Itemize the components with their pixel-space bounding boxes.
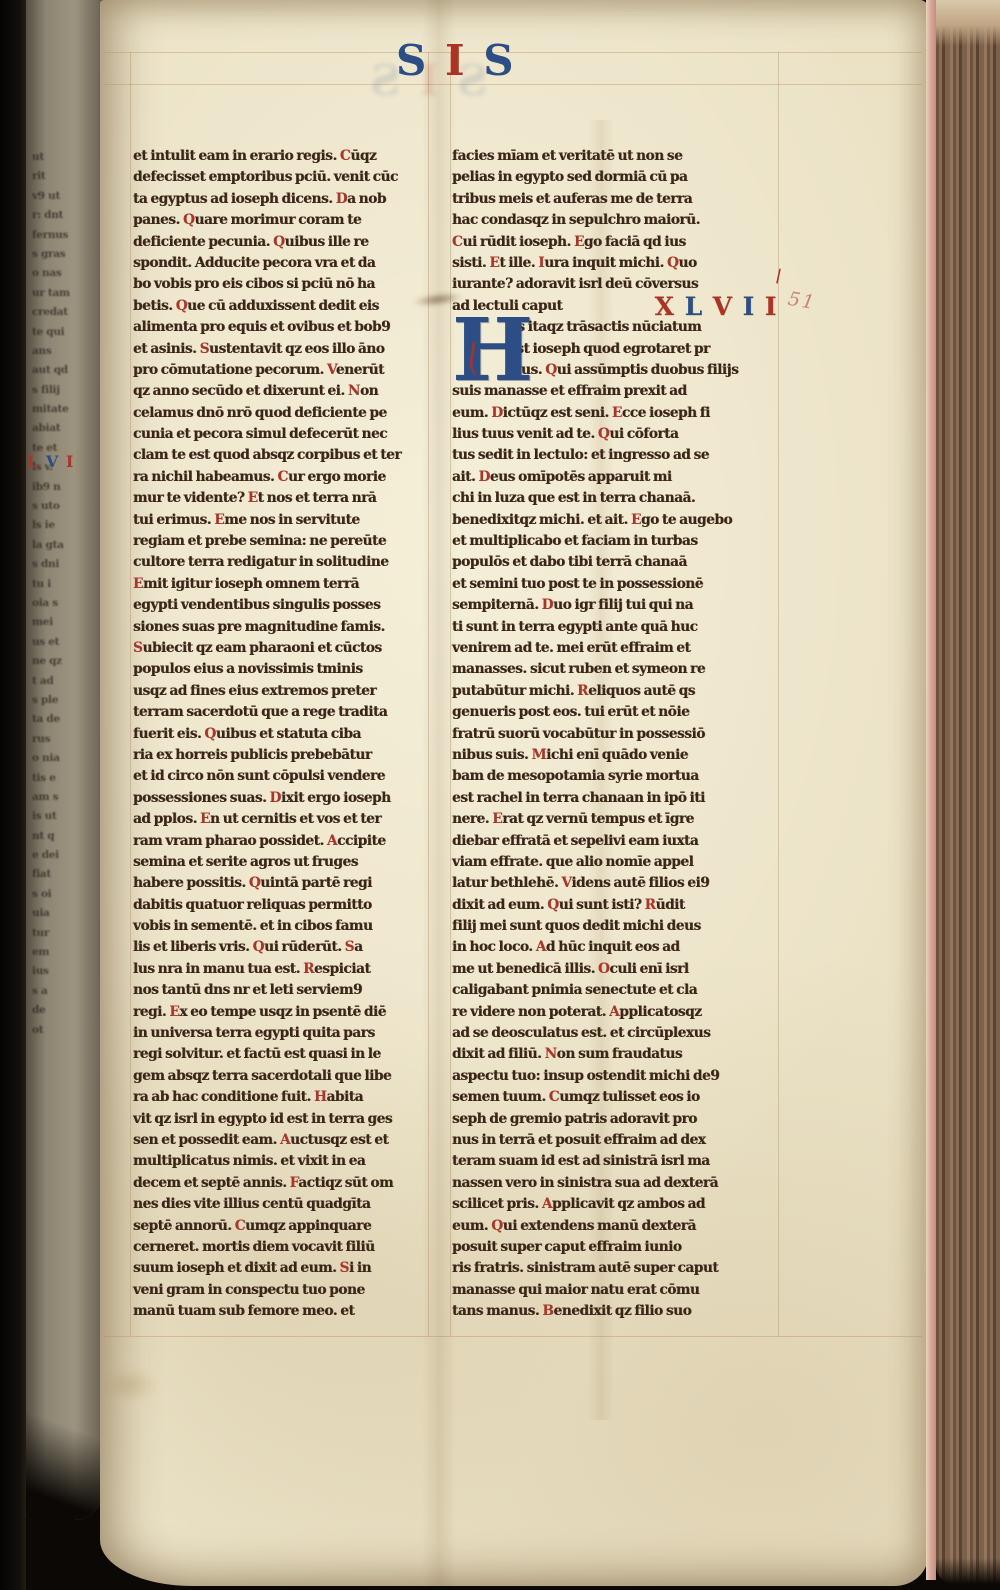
ghost-text-line: r: dnt bbox=[32, 206, 98, 225]
ghost-text-line: fiat bbox=[32, 865, 98, 884]
text-line: veni gram in conspectu tuo pone bbox=[133, 1280, 427, 1301]
text-line: vit qz isrl in egypto id est in terra ge… bbox=[133, 1109, 427, 1130]
text-line: mur te vidente? Et nos et terra nrā bbox=[133, 488, 427, 509]
text-line: terram sacerdotū que a rege tradita bbox=[133, 702, 427, 723]
text-line: ait. Deus omīpotēs apparuit mi bbox=[452, 467, 778, 488]
ghost-text-line: ls ie bbox=[32, 516, 98, 535]
ghost-text-line: t ad bbox=[32, 672, 98, 691]
text-line: gem absqz terra sacerdotali que libe bbox=[133, 1066, 427, 1087]
ghost-text-line: s uto bbox=[32, 497, 98, 516]
text-line: usqz ad fines eius extremos preter bbox=[133, 681, 427, 702]
text-line: ad pplos. En ut cernitis et vos et ter bbox=[133, 809, 427, 830]
text-column-left: et intulit eam in erario regis. Cūqz def… bbox=[133, 146, 427, 1322]
text-line: decem et septē annis. Factiqz sūt om bbox=[133, 1173, 427, 1194]
text-line: multiplicatus nimis. et vixit in ea bbox=[133, 1151, 427, 1172]
text-line: re videre non poterat. Applicatosqz bbox=[452, 1002, 778, 1023]
text-line: pelias in egypto sed dormiā cū pa bbox=[452, 167, 778, 188]
ghost-text-line: rit bbox=[32, 167, 98, 186]
ghost-text-line: abiat bbox=[32, 419, 98, 438]
text-line: habere possitis. Quintā partē regi bbox=[133, 873, 427, 894]
text-line: alimenta pro equis et ovibus et bob9 bbox=[133, 317, 427, 338]
text-line: et semini tuo post te in possessionē bbox=[452, 574, 778, 595]
text-line: celamus dnō nrō quod deficiente pe bbox=[133, 403, 427, 424]
ghost-text-line: tis e bbox=[32, 769, 98, 788]
text-line: defecisset emptoribus pciū. venit cūc bbox=[133, 167, 427, 188]
text-line: semina et serite agros ut fruges bbox=[133, 852, 427, 873]
text-line: eum. Qui extendens manū dexterā bbox=[452, 1216, 778, 1237]
text-line: et multiplicabo et faciam in turbas bbox=[452, 531, 778, 552]
ghost-text-line: ut bbox=[32, 148, 98, 167]
ghost-text-line: s oi bbox=[32, 885, 98, 904]
parchment-page: S I S S I S et intulit eam in erario reg… bbox=[100, 0, 928, 1586]
text-line: ris fratris. sinistram autē super caput bbox=[452, 1258, 778, 1279]
text-line: facies mīam et veritatē ut non se bbox=[452, 146, 778, 167]
ghost-text-line: s filij bbox=[32, 381, 98, 400]
ghost-text-line: ot bbox=[32, 1021, 98, 1040]
ruling-line bbox=[450, 52, 451, 1336]
text-line: cultore terra redigatur in solitudine bbox=[133, 552, 427, 573]
text-line: betis. Que cū adduxissent dedit eis bbox=[133, 296, 427, 317]
numeral-letter: I bbox=[66, 452, 74, 471]
text-column-right: facies mīam et veritatē ut non se pelias… bbox=[452, 146, 778, 1322]
text-line: ta egyptus ad ioseph dicens. Da nob bbox=[133, 189, 427, 210]
text-line: tans manus. Benedixit qz filio suo bbox=[452, 1301, 778, 1322]
text-line: dabitis quatuor reliquas permitto bbox=[133, 895, 427, 916]
text-line: ti sunt in terra egypti ante quā huc bbox=[452, 617, 778, 638]
text-line: sen et possedit eam. Auctusqz est et bbox=[133, 1130, 427, 1151]
margin-annotation: 51 bbox=[786, 288, 818, 315]
text-line: septē annorū. Cumqz appinquare bbox=[133, 1216, 427, 1237]
ghost-text-line: s gras bbox=[32, 245, 98, 264]
ghost-text-line: aut qd bbox=[32, 361, 98, 380]
ghost-text-line: ib9 n bbox=[32, 478, 98, 497]
manuscript-photo: ut rit v9 ut r: dnt fernus s gras o nas … bbox=[0, 0, 1000, 1590]
text-line: pro cōmutatione pecorum. Venerūt bbox=[133, 360, 427, 381]
text-line: tui erimus. Eme nos in servitute bbox=[133, 510, 427, 531]
ghost-text-line: s a bbox=[32, 982, 98, 1001]
text-line: populos eius a novissimis tminis bbox=[133, 659, 427, 680]
text-line: cunia et pecora simul defecerūt nec bbox=[133, 424, 427, 445]
text-line: tribus meis et auferas me de terra bbox=[452, 189, 778, 210]
text-line: scilicet pris. Applicavit qz ambos ad bbox=[452, 1194, 778, 1215]
ghost-text-line: am s bbox=[32, 788, 98, 807]
text-line: lius tuus venit ad te. Qui cōforta bbox=[452, 424, 778, 445]
chapter-48-lines: ijs itaqz trāsactis nūciatum est ioseph … bbox=[452, 317, 778, 1322]
ghost-text-line: ne qz bbox=[32, 652, 98, 671]
ghost-text-line: tur bbox=[32, 924, 98, 943]
ruling-line bbox=[428, 52, 429, 1336]
text-line: genueris post eos. tui erūt et nōie bbox=[452, 702, 778, 723]
ghost-text-line: em bbox=[32, 943, 98, 962]
ghost-text-line: mei bbox=[32, 613, 98, 632]
ghost-text-line: tu i bbox=[32, 575, 98, 594]
ghost-text-line: us et bbox=[32, 633, 98, 652]
text-line: panes. Quare morimur coram te bbox=[133, 210, 427, 231]
text-line: bo vobis pro eis cibos si pciū nō ha bbox=[133, 274, 427, 295]
text-line: teram suam id est ad sinistrā isrl ma bbox=[452, 1151, 778, 1172]
ghost-text-line: e dei bbox=[32, 846, 98, 865]
text-line: siones suas pre magnitudine famis. bbox=[133, 617, 427, 638]
text-line: posuit super caput effraim iunio bbox=[452, 1237, 778, 1258]
ghost-text-line: ans bbox=[32, 342, 98, 361]
text-line: benedixitqz michi. et ait. Ego te augebo bbox=[452, 510, 778, 531]
text-line: seph de gremio patris adoravit pro bbox=[452, 1109, 778, 1130]
text-line: clam te est quod absqz corpibus et ter bbox=[133, 445, 427, 466]
chapter-number: X L V I I bbox=[655, 296, 778, 317]
ghost-text-line: rus bbox=[32, 730, 98, 749]
text-line: nere. Erat qz vernū tempus et īgre bbox=[452, 809, 778, 830]
ghost-text-line: ur tam bbox=[32, 284, 98, 303]
text-line: ram vram pharao possidet. Accipite bbox=[133, 831, 427, 852]
ghost-text-line: ius bbox=[32, 962, 98, 981]
text-line: bam de mesopotamia syrie mortua bbox=[452, 766, 778, 787]
text-line: ra ab hac conditione fuit. Habita bbox=[133, 1087, 427, 1108]
ghost-text-line: nt q bbox=[32, 827, 98, 846]
text-line: et id circo nōn sunt cōpulsi vendere bbox=[133, 766, 427, 787]
text-line: cerneret. mortis diem vocavit filiū bbox=[133, 1237, 427, 1258]
text-line: dixit ad filiū. Non sum fraudatus bbox=[452, 1044, 778, 1065]
text-line: nus in terrā et posuit effraim ad dex bbox=[452, 1130, 778, 1151]
text-line: lis et liberis vris. Qui rūderūt. Sa bbox=[133, 937, 427, 958]
text-line: et intulit eam in erario regis. Cūqz bbox=[133, 146, 427, 167]
previous-page-chapter-numeral: L V I bbox=[27, 452, 74, 471]
text-line: Emit igitur ioseph omnem terrā bbox=[133, 574, 427, 595]
page-fore-edge bbox=[926, 0, 936, 1580]
previous-page-edge: ut rit v9 ut r: dnt fernus s gras o nas … bbox=[26, 0, 104, 1520]
illuminated-initial-H: H bbox=[452, 317, 508, 361]
text-line: qz anno secūdo et dixerunt ei. Non bbox=[133, 381, 427, 402]
text-line: Cui rūdit ioseph. Ego faciā qd ius bbox=[452, 232, 778, 253]
text-line: eum. Dictūqz est seni. Ecce ioseph fi bbox=[452, 403, 778, 424]
text-line: aspectu tuo: insup ostendit michi de9 bbox=[452, 1066, 778, 1087]
chapter-48-block: H ijs itaqz trāsactis nūciatum est iosep… bbox=[452, 317, 778, 1322]
text-line: nes dies vite illius centū quadgīta bbox=[133, 1194, 427, 1215]
text-line: ra nichil habeamus. Cur ergo morie bbox=[133, 467, 427, 488]
ghost-text-line: de bbox=[32, 1001, 98, 1020]
text-line: Subiecit qz eam pharaoni et cūctos bbox=[133, 638, 427, 659]
text-line: filij mei sunt quos dedit michi deus bbox=[452, 916, 778, 937]
text-line: venirem ad te. mei erūt effraim et bbox=[452, 638, 778, 659]
text-line: putabūtur michi. Reliquos autē qs bbox=[452, 681, 778, 702]
ghost-text-line: mitate bbox=[32, 400, 98, 419]
text-line: regiam et prebe semina: ne pereūte bbox=[133, 531, 427, 552]
ghost-text-line: is ut bbox=[32, 807, 98, 826]
text-line: dixit ad eum. Qui sunt isti? Rūdit bbox=[452, 895, 778, 916]
numeral-letter: L bbox=[27, 452, 39, 471]
title-letter: I bbox=[445, 36, 467, 85]
ghost-text-line: s ple bbox=[32, 691, 98, 710]
text-line: sempiternā. Duo igr filij tui qui na bbox=[452, 595, 778, 616]
text-line: tus sedit in lectulo: et ingresso ad se bbox=[452, 445, 778, 466]
book-gutter-binding bbox=[0, 0, 26, 1590]
ghost-text-line: te qui bbox=[32, 323, 98, 342]
text-line: spondit. Adducite pecora vra et da bbox=[133, 253, 427, 274]
text-line: fratrū suorū vocabūtur in possessiō bbox=[452, 724, 778, 745]
text-line: nibus suis. Michi enī quādo venie bbox=[452, 745, 778, 766]
text-line: diebar effratā et sepelivi eam iuxta bbox=[452, 831, 778, 852]
text-line: est rachel in terra chanaan in ipō iti bbox=[452, 788, 778, 809]
ghost-text-line: o nas bbox=[32, 264, 98, 283]
text-line: possessiones suas. Dixit ergo ioseph bbox=[133, 788, 427, 809]
ghost-text-line: s dni bbox=[32, 555, 98, 574]
text-line: caligabant pnimia senectute et cla bbox=[452, 980, 778, 1001]
ghost-text-line: credat bbox=[32, 303, 98, 322]
text-line: et asinis. Sustentavit qz eos illo āno bbox=[133, 339, 427, 360]
text-line: manasse qui maior natu erat cōmu bbox=[452, 1280, 778, 1301]
text-line: in universa terra egypti quita pars bbox=[133, 1023, 427, 1044]
text-line: chi in luza que est in terra chanaā. bbox=[452, 488, 778, 509]
ruling-line bbox=[130, 52, 131, 1336]
parchment-stain bbox=[102, 1368, 158, 1402]
text-line: regi. Ex eo tempe usqz in psentē diē bbox=[133, 1002, 427, 1023]
ghost-text-line: uia bbox=[32, 904, 98, 923]
text-line: sisti. Et ille. Iura inquit michi. Quo bbox=[452, 253, 778, 274]
text-line: manū tuam sub femore meo. et bbox=[133, 1301, 427, 1322]
text-line: populōs et dabo tibi terrā chanaā bbox=[452, 552, 778, 573]
title-letter: S bbox=[483, 36, 515, 85]
ghost-text-line: o nia bbox=[32, 749, 98, 768]
text-line: deficiente pecunia. Quibus ille re bbox=[133, 232, 427, 253]
text-line: in hoc loco. Ad hūc inquit eos ad bbox=[452, 937, 778, 958]
text-line: ria ex horreis publicis prebebātur bbox=[133, 745, 427, 766]
text-line: semen tuum. Cumqz tulisset eos io bbox=[452, 1087, 778, 1108]
text-line: ad se deosculatus est. et circūplexus bbox=[452, 1023, 778, 1044]
text-line: hac condasqz in sepulchro maiorū. bbox=[452, 210, 778, 231]
text-line: egypti vendentibus singulis posses bbox=[133, 595, 427, 616]
ghost-text-line: oia s bbox=[32, 594, 98, 613]
text-line: regi solvitur. et factū est quasi in le bbox=[133, 1044, 427, 1065]
title-letter: S bbox=[396, 36, 428, 85]
ghost-text-line: la gta bbox=[32, 536, 98, 555]
text-line: manasses. sicut ruben et symeon re bbox=[452, 659, 778, 680]
text-line: suum ioseph et dixit ad eum. Si in bbox=[133, 1258, 427, 1279]
text-line: fuerit eis. Quibus et statuta ciba bbox=[133, 724, 427, 745]
text-line: vobis in sementē. et in cibos famu bbox=[133, 916, 427, 937]
text-line: latur bethlehē. Videns autē filios ei9 bbox=[452, 873, 778, 894]
previous-page-ghost-text: ut rit v9 ut r: dnt fernus s gras o nas … bbox=[32, 148, 98, 1040]
text-line: lus nra in manu tua est. Respiciat bbox=[133, 959, 427, 980]
text-line: me ut benedicā illis. Oculi enī isrl bbox=[452, 959, 778, 980]
closed-pages-stack bbox=[936, 0, 1000, 1584]
text-line: nassen vero in sinistra sua ad dexterā bbox=[452, 1173, 778, 1194]
ruling-line bbox=[778, 52, 779, 1336]
text-line: viam effrate. que alio nomīe appel bbox=[452, 852, 778, 873]
text-line: nos tantū dns nr et leti serviem9 bbox=[133, 980, 427, 1001]
numeral-letter: V bbox=[46, 452, 59, 471]
ghost-text-line: ta de bbox=[32, 710, 98, 729]
chapter-47-end-lines: facies mīam et veritatē ut non se pelias… bbox=[452, 146, 778, 296]
ghost-text-line: fernus bbox=[32, 226, 98, 245]
running-title: S I S bbox=[396, 40, 516, 82]
ruling-line bbox=[104, 1336, 922, 1337]
ghost-text-line: v9 ut bbox=[32, 187, 98, 206]
